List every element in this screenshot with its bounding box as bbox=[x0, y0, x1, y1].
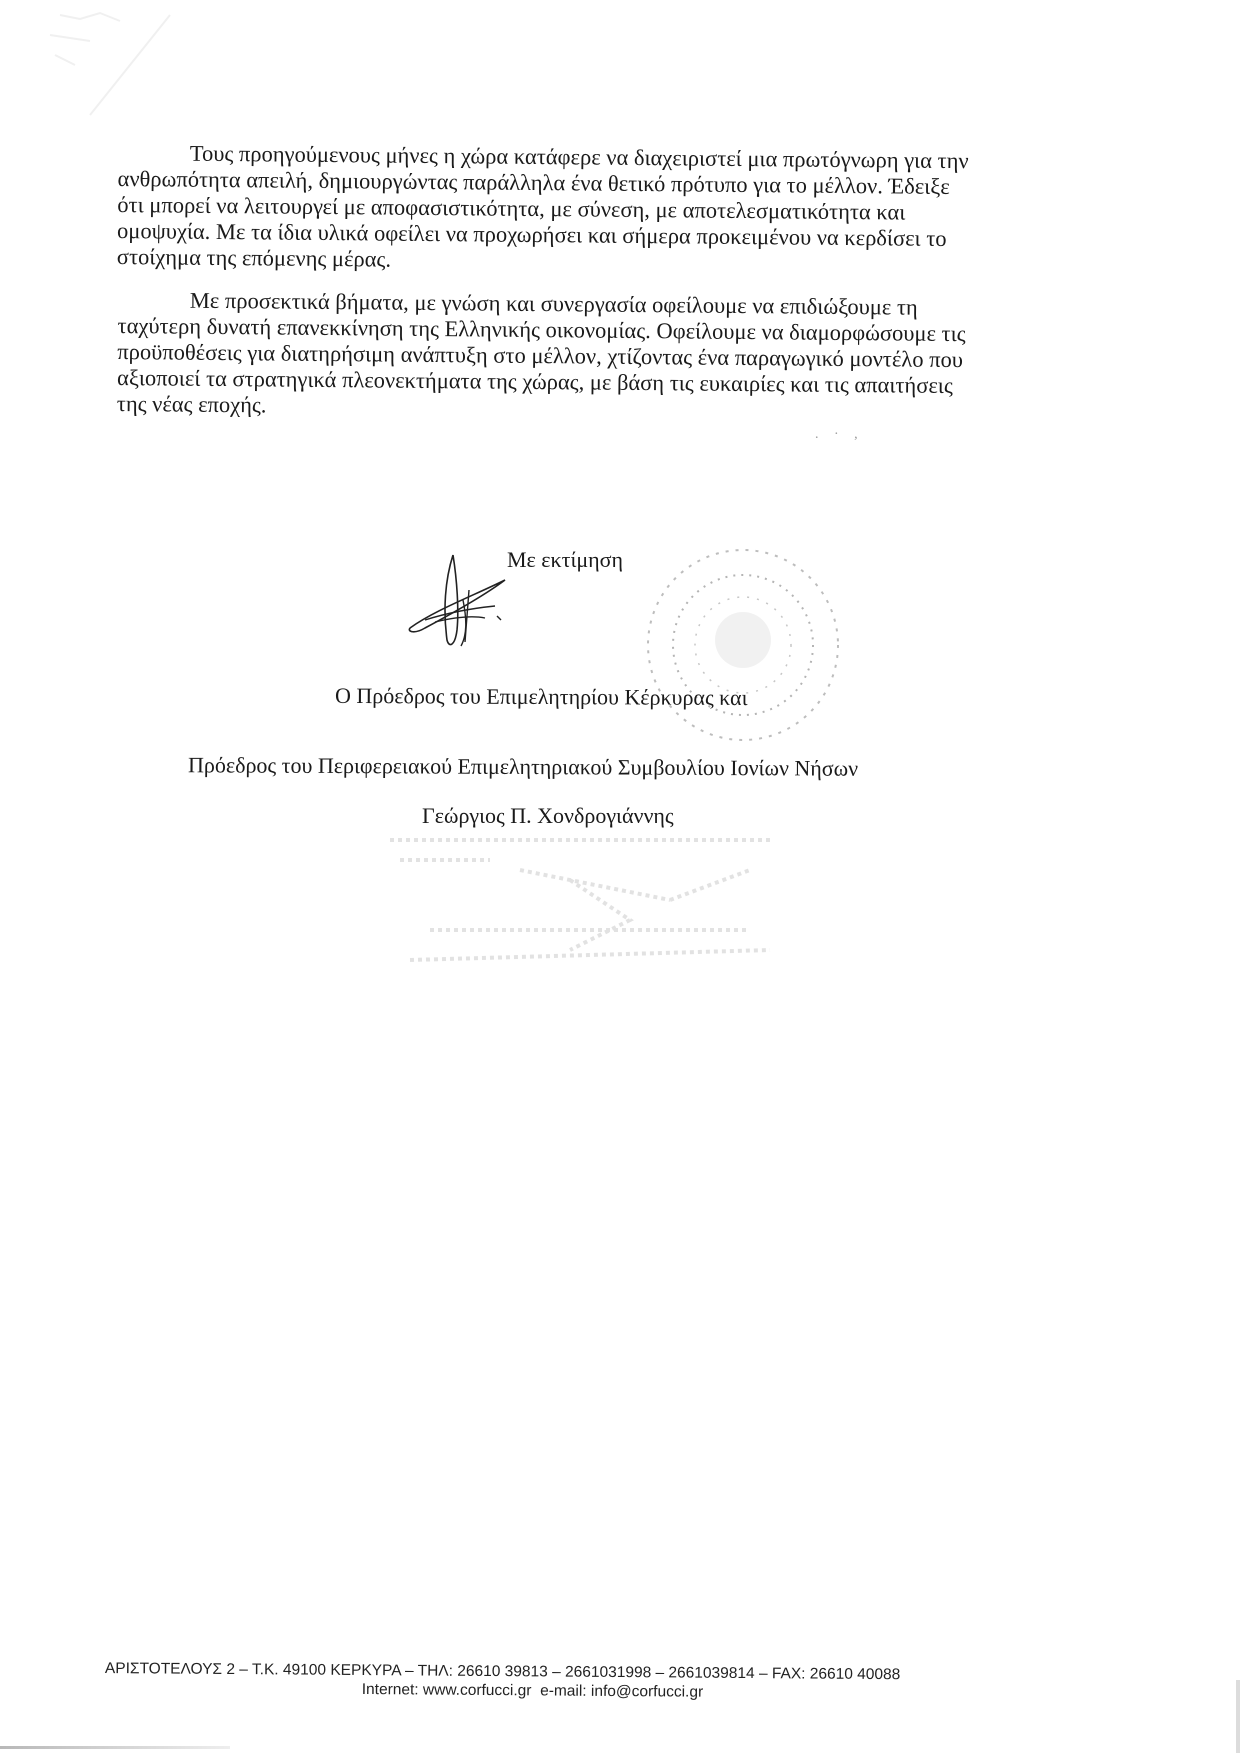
stamp-icon bbox=[615, 535, 865, 745]
scan-dots: . · , bbox=[815, 427, 864, 443]
document-page: Τους προηγούμενους μήνες η χώρα κατάφερε… bbox=[0, 0, 1240, 1753]
web-label: Internet: bbox=[362, 1681, 419, 1698]
scan-artifact-icon bbox=[20, 5, 180, 125]
signature-icon bbox=[405, 550, 545, 650]
scan-edge bbox=[0, 1746, 230, 1749]
footer: ΑΡΙΣΤΟΤΕΛΟΥΣ 2 – Τ.Κ. 49100 ΚΕΡΚΥΡΑ – ΤΗ… bbox=[105, 1660, 1005, 1704]
signatory-title-1: Ο Πρόεδρος του Επιμελητηρίου Κέρκυρας κα… bbox=[335, 683, 748, 711]
paragraph-2: Με προσεκτικά βήματα, με γνώση και συνερ… bbox=[117, 287, 1048, 426]
signatory-name: Γεώργιος Π. Χονδρογιάννης bbox=[422, 803, 674, 829]
signatory-title-2: Πρόεδρος του Περιφερειακού Επιμελητηριακ… bbox=[188, 752, 858, 782]
watermark-icon bbox=[370, 820, 790, 980]
email-label: e-mail: bbox=[540, 1682, 587, 1699]
footer-contact: Internet: www.corfucci.gr e-mail: info@c… bbox=[362, 1681, 1005, 1704]
email-link[interactable]: info@corfucci.gr bbox=[591, 1683, 703, 1701]
web-link[interactable]: www.corfucci.gr bbox=[423, 1681, 532, 1699]
footer-address: ΑΡΙΣΤΟΤΕΛΟΥΣ 2 – Τ.Κ. 49100 ΚΕΡΚΥΡΑ – ΤΗ… bbox=[105, 1660, 1005, 1685]
scan-edge bbox=[1236, 1680, 1240, 1753]
paragraph-1: Τους προηγούμενους μήνες η χώρα κατάφερε… bbox=[117, 140, 1048, 279]
